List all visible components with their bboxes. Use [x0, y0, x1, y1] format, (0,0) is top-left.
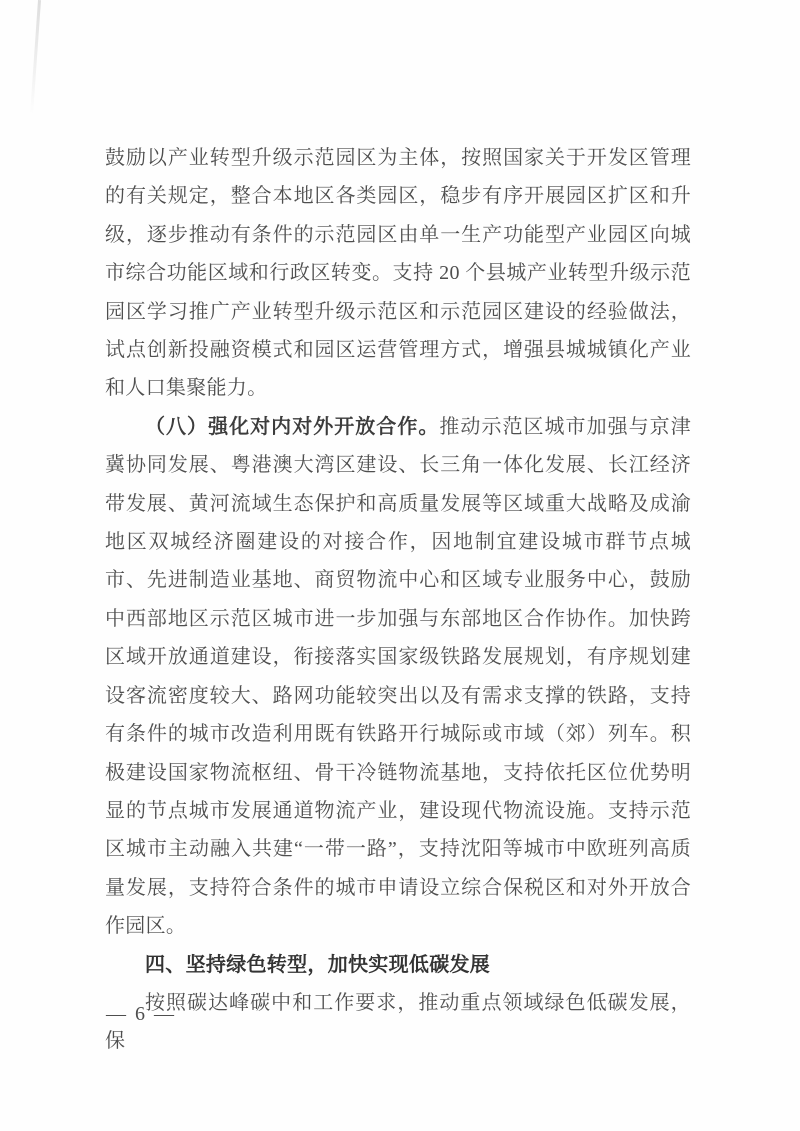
document-page: 鼓励以产业转型升级示范园区为主体，按照国家关于开发区管理的有关规定，整合本地区各… [0, 0, 800, 1131]
paragraph-continuation: 鼓励以产业转型升级示范园区为主体，按照国家关于开发区管理的有关规定，整合本地区各… [105, 139, 691, 408]
scan-artifact [30, 0, 41, 115]
paragraph-section-8: （八）强化对内对外开放合作。推动示范区城市加强与京津冀协同发展、粤港澳大湾区建设… [105, 408, 691, 946]
heading-chapter-4: 四、坚持绿色转型，加快实现低碳发展 [105, 946, 691, 984]
section-8-lead: （八）强化对内对外开放合作。 [145, 416, 439, 438]
document-body: 鼓励以产业转型升级示范园区为主体，按照国家关于开发区管理的有关规定，整合本地区各… [105, 139, 691, 1061]
section-8-text: 推动示范区城市加强与京津冀协同发展、粤港澳大湾区建设、长三角一体化发展、长江经济… [105, 416, 691, 937]
page-number: — 6 — [106, 999, 176, 1029]
paragraph-chapter-4-intro: 按照碳达峰碳中和工作要求，推动重点领域绿色低碳发展，保 [105, 984, 691, 1061]
